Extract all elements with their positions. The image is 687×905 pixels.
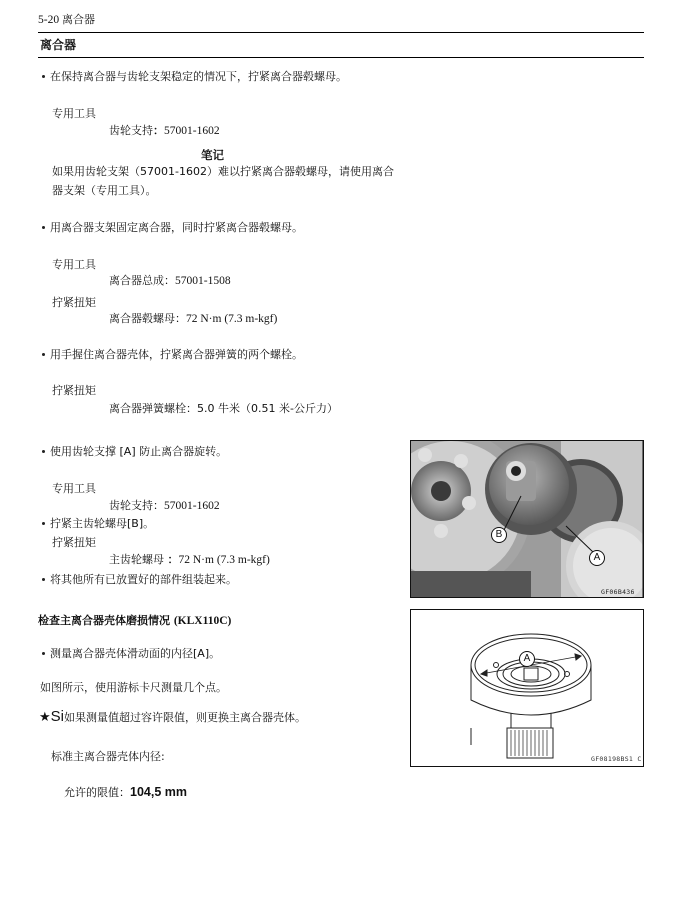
special-tool-label: 专用工具 [52, 256, 96, 272]
tool-name: 离合器总成： [109, 274, 175, 287]
step-text: 在保持离合器与齿轮支架稳定的情况下，拧紧离合器毂螺母。 [50, 70, 347, 83]
figure-code-text: GF08198BS1 [591, 755, 633, 763]
tool-code: 57001-1602 [164, 125, 220, 137]
header-rule-bottom [38, 57, 644, 58]
tool-code: 57001-1508 [175, 275, 231, 287]
torque-value: 离合器毂螺母：72 N·m (7.3 m-kgf) [109, 310, 277, 326]
gear-photo-figure: B A GF06B436 P [410, 440, 644, 598]
chapter-title: 离合器 [62, 13, 95, 26]
step-bullet: 拧紧主齿轮螺母[B]。 [42, 515, 154, 531]
model-code: (KLX110C) [174, 615, 232, 627]
special-tool-label: 专用工具 [52, 480, 96, 496]
step-text: 用手握住离合器壳体，拧紧离合器弹簧的两个螺栓。 [50, 348, 303, 361]
bullet-icon [42, 578, 45, 581]
bullet-icon [42, 522, 45, 525]
torque-part: 离合器弹簧螺栓： [109, 402, 197, 415]
inspection-title: 检查主离合器壳体磨损情况 (KLX110C) [38, 612, 231, 628]
figure-code-text: GF06B436 [601, 588, 635, 596]
torque-part: 离合器毂螺母： [109, 312, 186, 325]
inspection-instruction: 如图所示，使用游标卡尺测量几个点。 [40, 679, 227, 695]
step-bullet: 将其他所有已放置好的部件组装起来。 [42, 571, 237, 587]
limit-label: 允许的限值： [64, 786, 130, 799]
inspection-step-text: 测量离合器壳体滑动面的内径[A]。 [50, 647, 220, 660]
step-bullet: 使用齿轮支撑 [A] 防止离合器旋转。 [42, 443, 227, 459]
limit-value-row: 允许的限值：104,5 mm [64, 784, 187, 800]
special-tool-value: 齿轮支持：57001-1602 [109, 497, 220, 513]
bullet-icon [42, 652, 45, 655]
bullet-icon [42, 226, 45, 229]
gear-photo-illustration [411, 441, 643, 597]
torque-label: 拧紧扭矩 [52, 294, 96, 310]
inspection-criterion: ★Si如果测量值超过容许限值，则更换主离合器壳体。 [39, 708, 306, 725]
torque-value: 离合器弹簧螺栓：5.0 牛米（0.51 米-公斤力） [109, 400, 338, 416]
bullet-icon [42, 75, 45, 78]
limit-value: 104,5 mm [130, 785, 187, 799]
note-line-1: 如果用齿轮支架（57001-1602）难以拧紧离合器毂螺母，请使用离合 [52, 163, 394, 179]
step-bullet: 用离合器支架固定离合器，同时拧紧离合器毂螺母。 [42, 219, 303, 235]
tool-code: 57001-1602 [164, 500, 220, 512]
torque-label: 拧紧扭矩 [52, 534, 96, 550]
torque-value: 主齿轮螺母 ：72 N·m (7.3 m-kgf) [109, 551, 270, 567]
step-text: 使用齿轮支撑 [A] 防止离合器旋转。 [50, 445, 227, 458]
inspection-bullet: 测量离合器壳体滑动面的内径[A]。 [42, 645, 220, 661]
figure-code: GF08198BS1 C [591, 755, 642, 763]
note-line-2: 器支架（专用工具）。 [52, 182, 157, 198]
figure-code-suffix: C [637, 755, 641, 763]
step-text: 用离合器支架固定离合器，同时拧紧离合器毂螺母。 [50, 221, 303, 234]
torque-number: 72 N·m (7.3 m-kgf) [186, 313, 277, 325]
separator: ： [153, 124, 164, 137]
step-bullet: 在保持离合器与齿轮支架稳定的情况下，拧紧离合器毂螺母。 [42, 68, 347, 84]
torque-number: 72 N·m (7.3 m-kgf) [179, 554, 270, 566]
callout-a: A [589, 550, 605, 566]
callout-b: B [491, 527, 507, 543]
inspection-title-text: 检查主离合器壳体磨损情况 [38, 614, 170, 627]
clutch-housing-illustration [411, 610, 643, 766]
step-bullet: 用手握住离合器壳体，拧紧离合器弹簧的两个螺栓。 [42, 346, 303, 362]
figure-code: GF06B436 P [601, 588, 643, 598]
figure-code-suffix: P [601, 596, 605, 598]
torque-number: 5.0 牛米（0.51 米-公斤力） [197, 402, 338, 415]
page-number: 5-20 [38, 14, 59, 26]
torque-part: 主齿轮螺母 [109, 553, 164, 566]
special-tool-value: 离合器总成：57001-1508 [109, 272, 231, 288]
star-icon: ★ [39, 710, 51, 725]
standard-label: 标准主离合器壳体内径: [51, 748, 165, 764]
special-tool-label: 专用工具 [52, 105, 96, 121]
step-text: 将其他所有已放置好的部件组装起来。 [50, 573, 237, 586]
bullet-icon [42, 353, 45, 356]
section-title: 离合器 [40, 36, 76, 53]
step-text: 拧紧主齿轮螺母[B]。 [50, 517, 154, 530]
tool-name: 齿轮支持： [109, 499, 164, 512]
callout-a: A [519, 651, 535, 667]
bullet-icon [42, 450, 45, 453]
tool-name: 齿轮支持 [109, 124, 153, 137]
page-header: 5-20 离合器 [38, 11, 95, 27]
star-prefix: Si [51, 708, 64, 725]
torque-label: 拧紧扭矩 [52, 382, 96, 398]
separator: ： [168, 553, 179, 566]
special-tool-value: 齿轮支持：57001-1602 [109, 122, 220, 138]
housing-drawing-figure: A GF08198BS1 C [410, 609, 644, 767]
header-rule-top [38, 32, 644, 33]
criterion-text: 如果测量值超过容许限值，则更换主离合器壳体。 [64, 711, 306, 724]
note-title: 笔记 [201, 147, 224, 163]
